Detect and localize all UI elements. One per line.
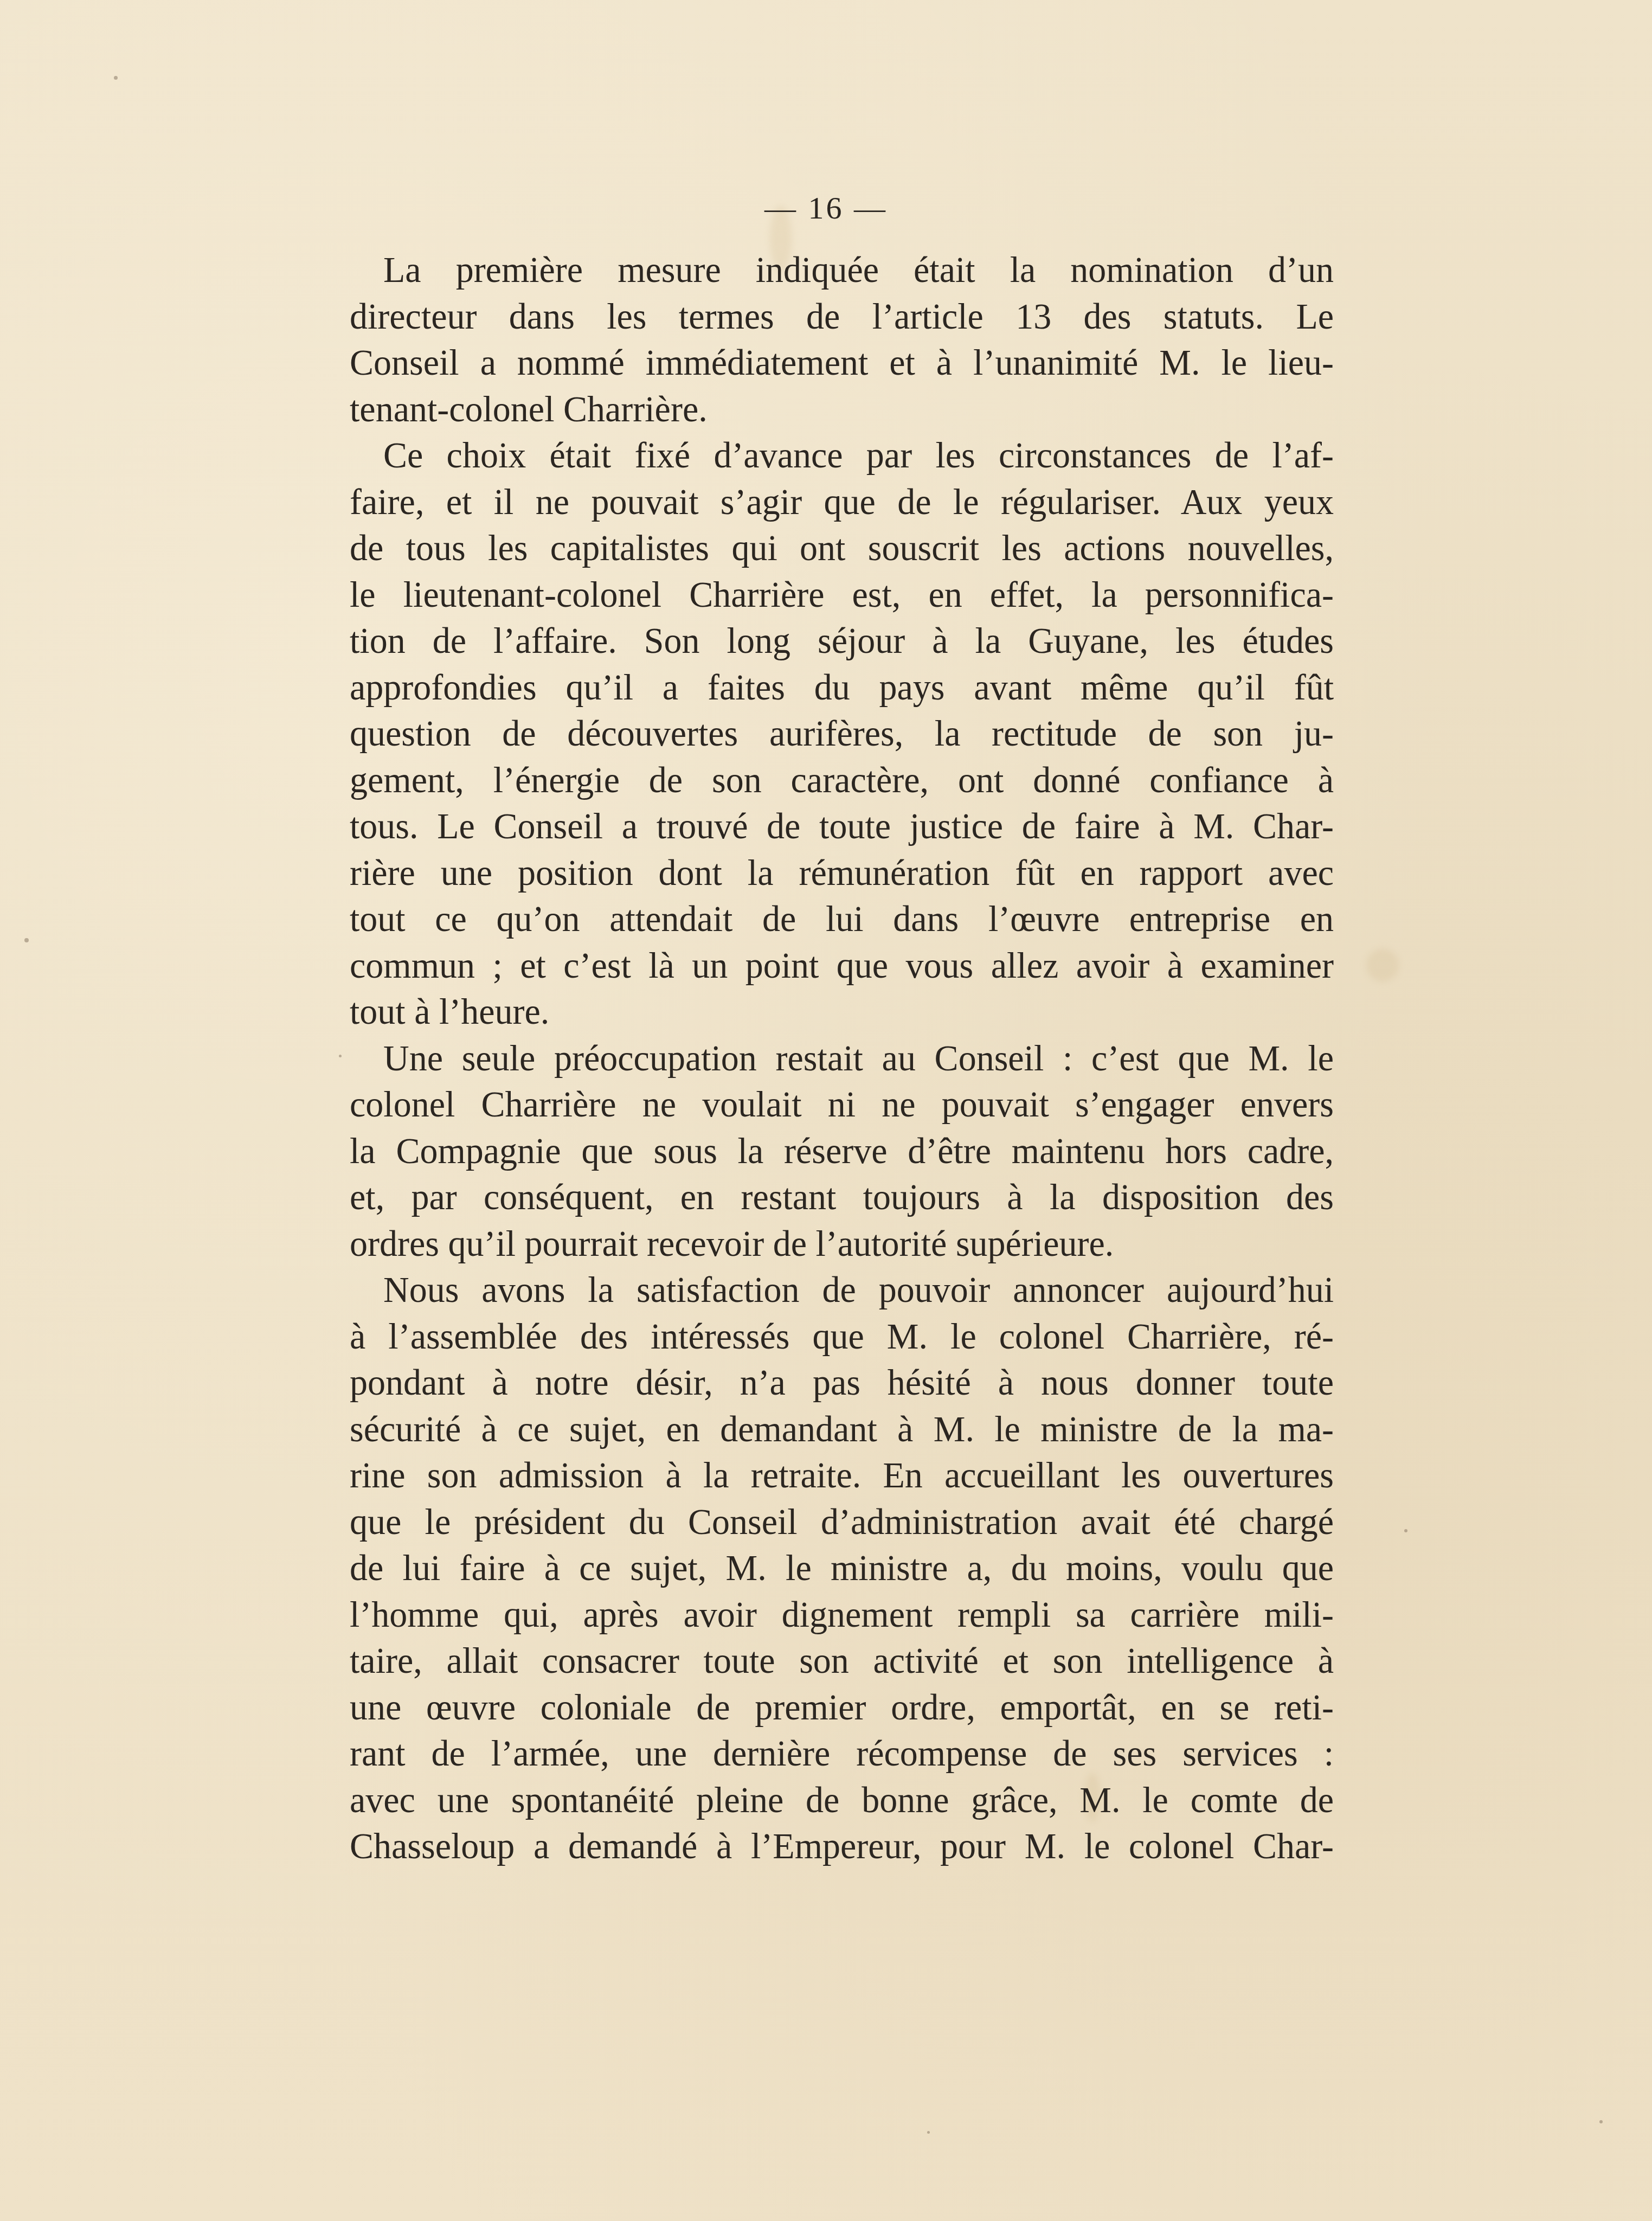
- text-line: tion de l’affaire. Son long séjour à la …: [350, 617, 1334, 665]
- document-page: — 16 — La première mesure indiquée était…: [0, 0, 1652, 2221]
- paper-speck: [339, 1055, 342, 1057]
- paper-speck: [24, 938, 29, 942]
- text-line: de lui faire à ce sujet, M. le ministre …: [350, 1544, 1334, 1592]
- paper-stain: [1366, 949, 1399, 981]
- text-line: Ce choix était fixé d’avance par les cir…: [350, 431, 1334, 479]
- text-line: avec une spontanéité pleine de bonne grâ…: [350, 1776, 1334, 1824]
- text-line: commun ; et c’est là un point que vous a…: [350, 941, 1334, 990]
- text-line: tout ce qu’on attendait de lui dans l’œu…: [350, 895, 1334, 943]
- text-line: rière une position dont la rémunération …: [350, 849, 1334, 897]
- text-line: question de découvertes aurifères, la re…: [350, 709, 1334, 758]
- text-line: pondant à notre désir, n’a pas hésité à …: [350, 1358, 1334, 1407]
- text-line: tout à l’heure.: [350, 987, 1334, 1036]
- text-line: gement, l’énergie de son caractère, ont …: [350, 756, 1334, 804]
- page-number: — 16 —: [0, 190, 1652, 226]
- text-line: colonel Charrière ne voulait ni ne pouva…: [350, 1080, 1334, 1128]
- text-line: tenant-colonel Charrière.: [350, 385, 1334, 433]
- paragraph-1: La première mesure indiquée était la nom…: [350, 247, 1334, 432]
- paper-speck: [1404, 1529, 1407, 1532]
- paper-speck: [1599, 2120, 1603, 2123]
- paragraph-3: Une seule préoccupation restait au Conse…: [350, 1035, 1334, 1267]
- text-line: et, par conséquent, en restant toujours …: [350, 1173, 1334, 1221]
- text-line: taire, allait consacrer toute son activi…: [350, 1636, 1334, 1685]
- paragraph-4: Nous avons la satisfaction de pouvoir an…: [350, 1267, 1334, 1870]
- text-line: directeur dans les termes de l’article 1…: [350, 292, 1334, 341]
- paper-speck: [927, 2131, 930, 2134]
- body-text: La première mesure indiquée était la nom…: [350, 247, 1334, 1870]
- text-line: Chasseloup a demandé à l’Empereur, pour …: [350, 1822, 1334, 1870]
- text-line: sécurité à ce sujet, en demandant à M. l…: [350, 1405, 1334, 1453]
- text-line: rine son admission à la retraite. En acc…: [350, 1451, 1334, 1499]
- text-line: approfondies qu’il a faites du pays avan…: [350, 663, 1334, 711]
- text-line: une œuvre coloniale de premier ordre, em…: [350, 1683, 1334, 1731]
- text-line: rant de l’armée, une dernière récompense…: [350, 1729, 1334, 1777]
- paper-speck: [114, 76, 118, 80]
- paragraph-2: Ce choix était fixé d’avance par les cir…: [350, 432, 1334, 1035]
- text-line: faire, et il ne pouvait s’agir que de le…: [350, 478, 1334, 526]
- text-line: le lieutenant-colonel Charrière est, en …: [350, 570, 1334, 619]
- text-line: la Compagnie que sous la réserve d’être …: [350, 1127, 1334, 1175]
- text-line: Une seule préoccupation restait au Conse…: [350, 1034, 1334, 1082]
- text-line: à l’assemblée des intéressés que M. le c…: [350, 1312, 1334, 1360]
- text-line: tous. Le Conseil a trouvé de toute justi…: [350, 802, 1334, 850]
- text-line: l’homme qui, après avoir dignement rempl…: [350, 1590, 1334, 1639]
- text-line: La première mesure indiquée était la nom…: [350, 246, 1334, 294]
- text-line: Nous avons la satisfaction de pouvoir an…: [350, 1266, 1334, 1314]
- text-line: Conseil a nommé immédiatement et à l’una…: [350, 338, 1334, 387]
- text-line: que le président du Conseil d’administra…: [350, 1498, 1334, 1546]
- text-line: de tous les capitalistes qui ont souscri…: [350, 524, 1334, 572]
- text-line: ordres qu’il pourrait recevoir de l’auto…: [350, 1219, 1334, 1268]
